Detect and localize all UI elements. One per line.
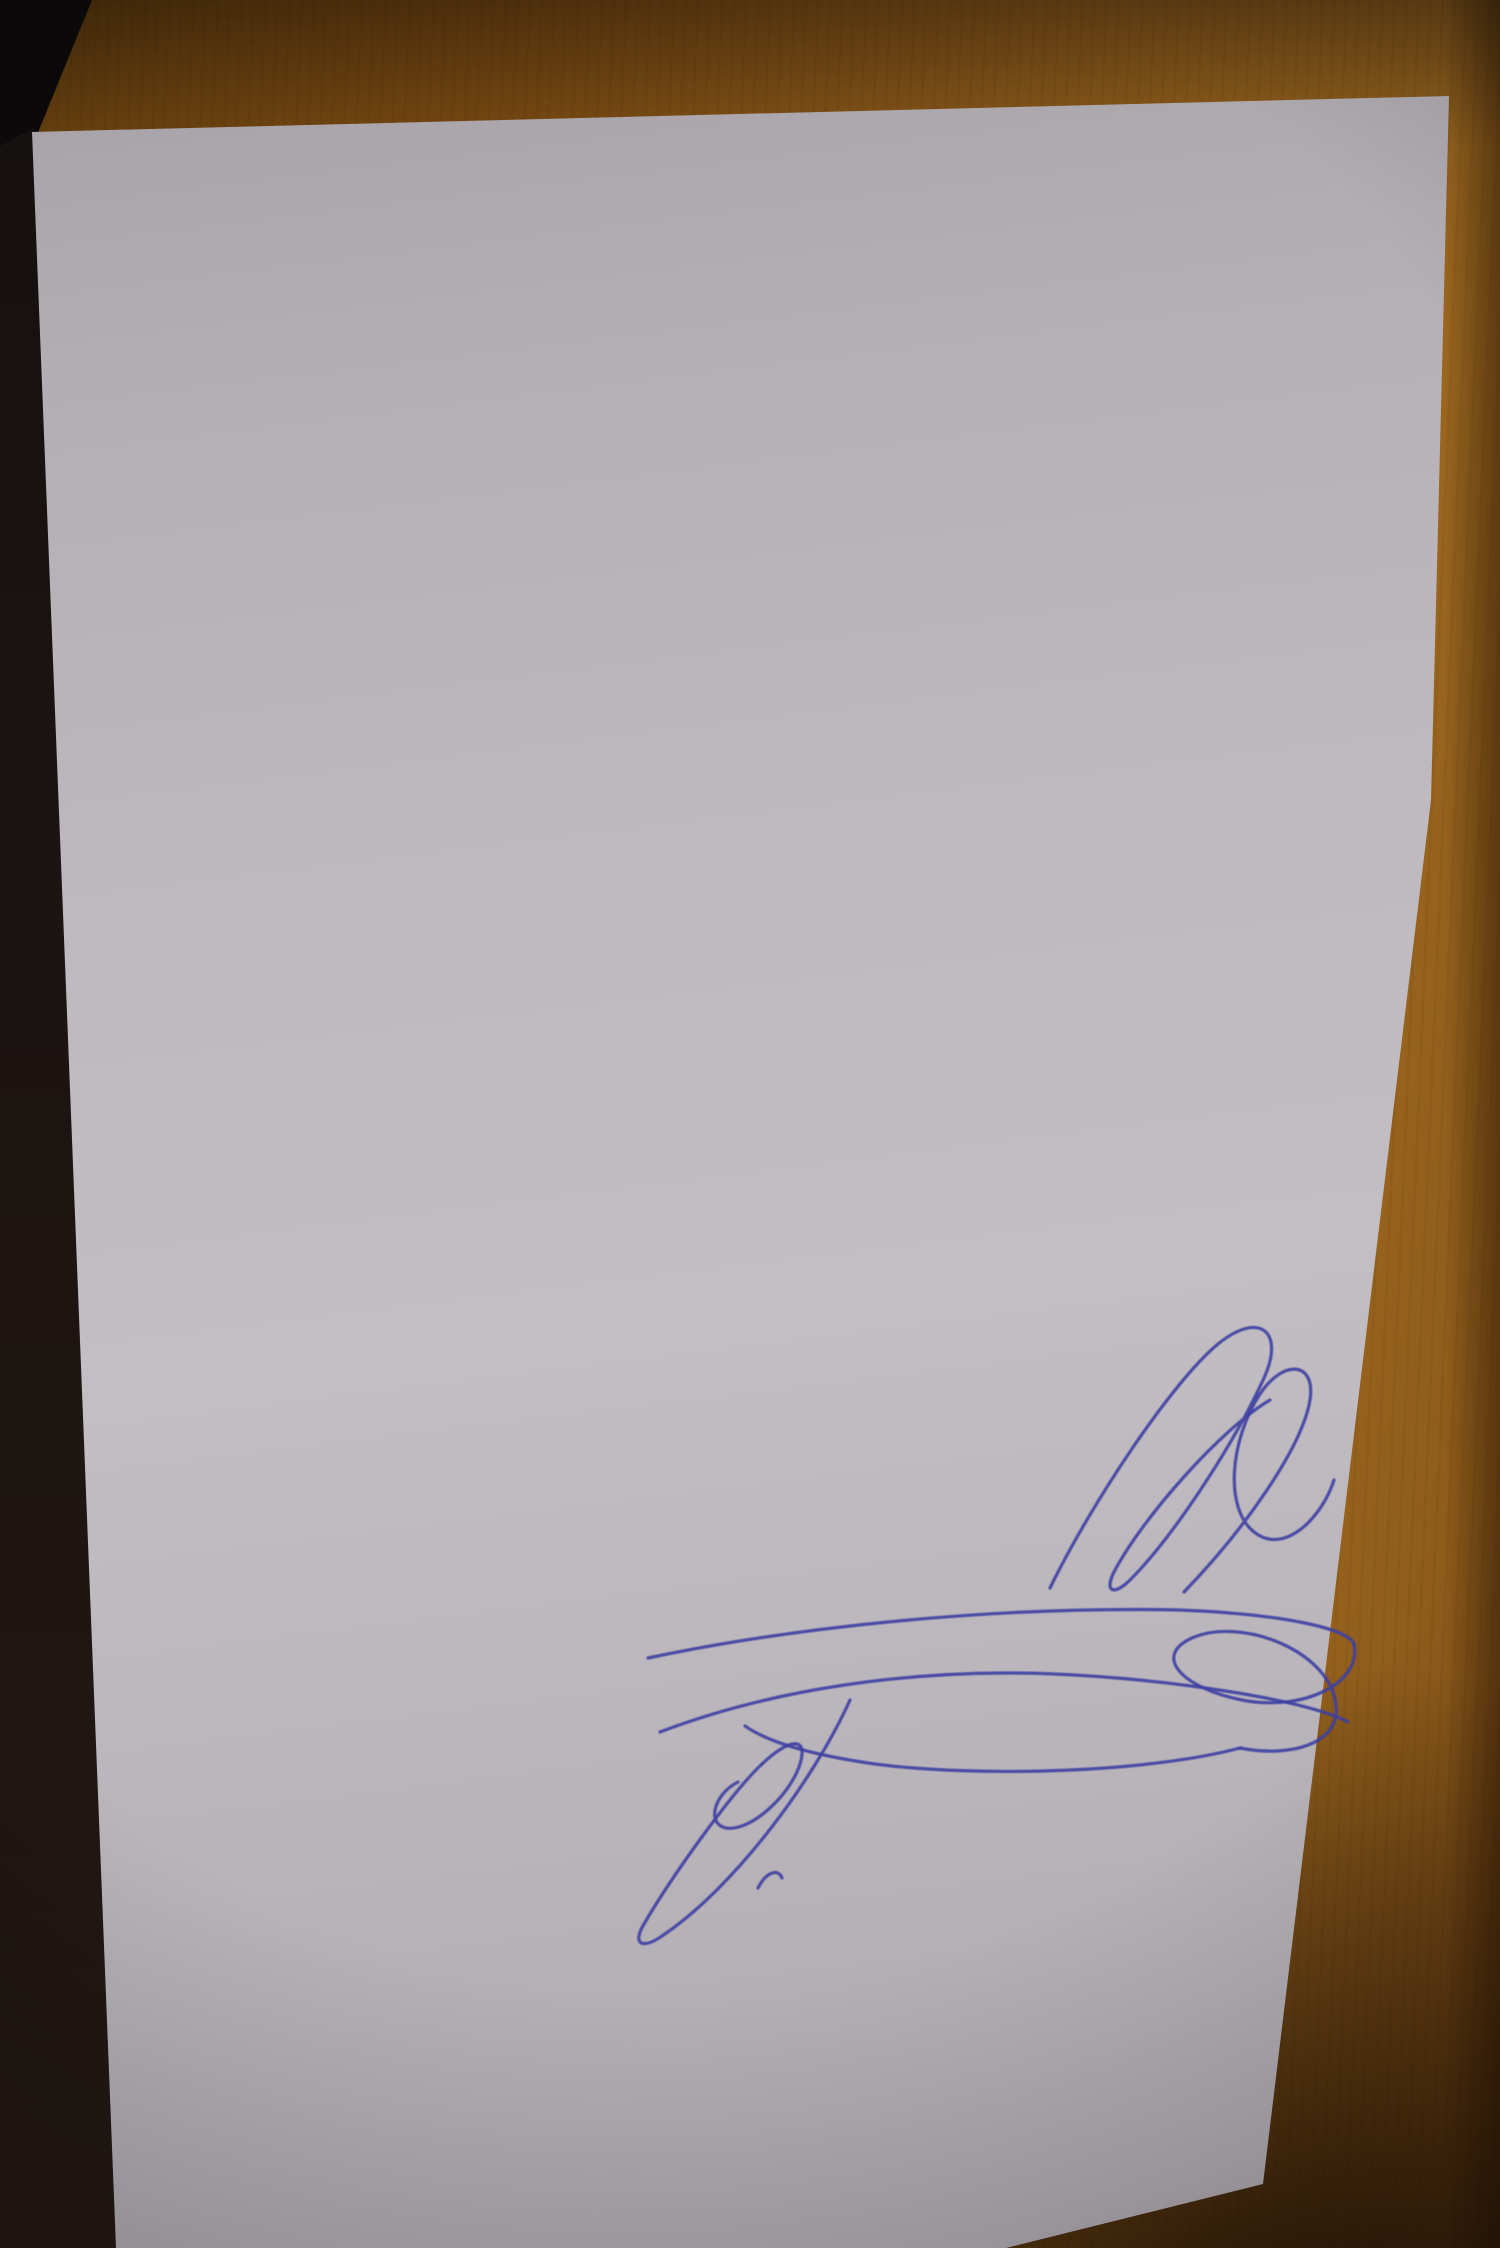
document-page xyxy=(0,0,1500,2248)
signers-list xyxy=(133,186,1362,242)
made-in-block xyxy=(133,192,1362,242)
signed-heading xyxy=(133,188,1362,242)
document-content xyxy=(133,168,1363,242)
photo-scene xyxy=(0,0,1500,2248)
date-line xyxy=(133,193,1362,240)
